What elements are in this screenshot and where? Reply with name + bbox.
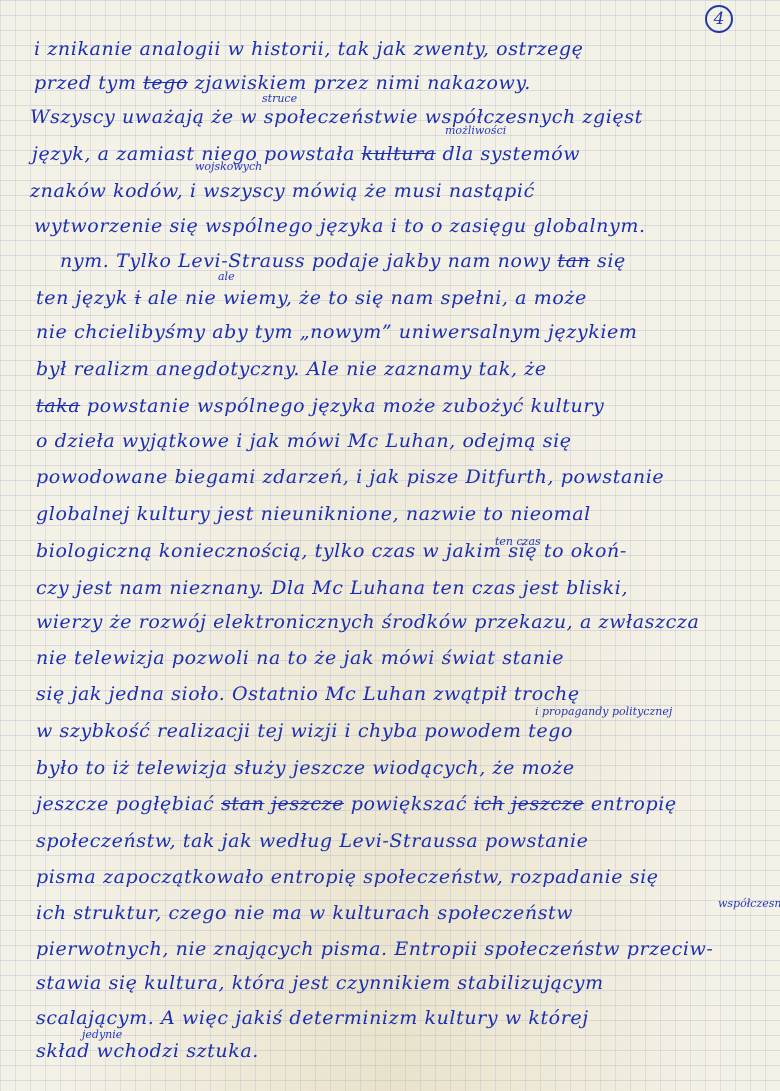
manuscript-line: i znikanie analogii w historii, tak jak … [34,38,584,60]
manuscript-line: skład wchodzi sztuka. [36,1040,259,1062]
interlinear-insertion: struce [262,92,297,105]
manuscript-page: 4 i znikanie analogii w historii, tak ja… [0,0,780,1091]
manuscript-line: język, a zamiast niego powstała kultura … [32,143,580,165]
manuscript-line: o dzieła wyjątkowe i jak mówi Mc Luhan, … [36,430,572,452]
manuscript-line: czy jest nam nieznany. Dla Mc Luhana ten… [36,577,628,599]
manuscript-line: społeczeństw, tak jak według Levi-Straus… [36,830,589,852]
manuscript-line: globalnej kultury jest nieuniknione, naz… [36,503,591,525]
manuscript-line: wytworzenie się wspólnego języka i to o … [34,215,646,237]
manuscript-line: wierzy że rozwój elektronicznych środków… [36,611,699,633]
interlinear-insertion: ten czas [495,535,541,548]
manuscript-line: nym. Tylko Levi-Strauss podaje jakby nam… [60,250,626,272]
manuscript-line: w szybkość realizacji tej wizji i chyba … [36,720,573,742]
manuscript-line: ich struktur, czego nie ma w kulturach s… [36,902,573,924]
manuscript-line: było to iż telewizja służy jeszcze wiodą… [36,757,575,779]
manuscript-line: się jak jedna sioło. Ostatnio Mc Luhan z… [36,683,580,705]
manuscript-line: nie telewizja pozwoli na to że jak mówi … [36,647,564,669]
interlinear-insertion: możliwości [445,124,506,137]
manuscript-line: taka powstanie wspólnego języka może zub… [36,395,604,417]
manuscript-line: stawia się kultura, która jest czynnikie… [36,972,604,994]
interlinear-insertion: jedynie [82,1028,122,1041]
manuscript-line: był realizm anegdotyczny. Ale nie zaznam… [36,358,547,380]
interlinear-insertion: i propagandy politycznej [535,705,672,718]
manuscript-line: pisma zapoczątkowało entropię społeczeńs… [36,866,659,888]
page-number-circle: 4 [705,5,733,33]
interlinear-insertion: współczesnych [718,897,780,910]
manuscript-line: znaków kodów, i wszyscy mówią że musi na… [30,180,535,202]
manuscript-line: nie chcielibyśmy aby tym „nowym” uniwers… [36,321,637,343]
interlinear-insertion: ale [218,270,235,283]
manuscript-line: Wszyscy uważają że w społeczeństwie wspó… [30,106,643,128]
manuscript-line: przed tym tego zjawiskiem przez nimi nak… [34,72,531,94]
manuscript-line: powodowane biegami zdarzeń, i jak pisze … [36,466,664,488]
manuscript-line: jeszcze pogłębiać stan jeszcze powiększa… [36,793,677,815]
manuscript-line: pierwotnych, nie znających pisma. Entrop… [36,938,713,960]
interlinear-insertion: wojskowych [195,160,262,173]
manuscript-line: ten język i ale nie wiemy, że to się nam… [36,287,587,309]
manuscript-line: scalającym. A więc jakiś determinizm kul… [36,1007,589,1029]
